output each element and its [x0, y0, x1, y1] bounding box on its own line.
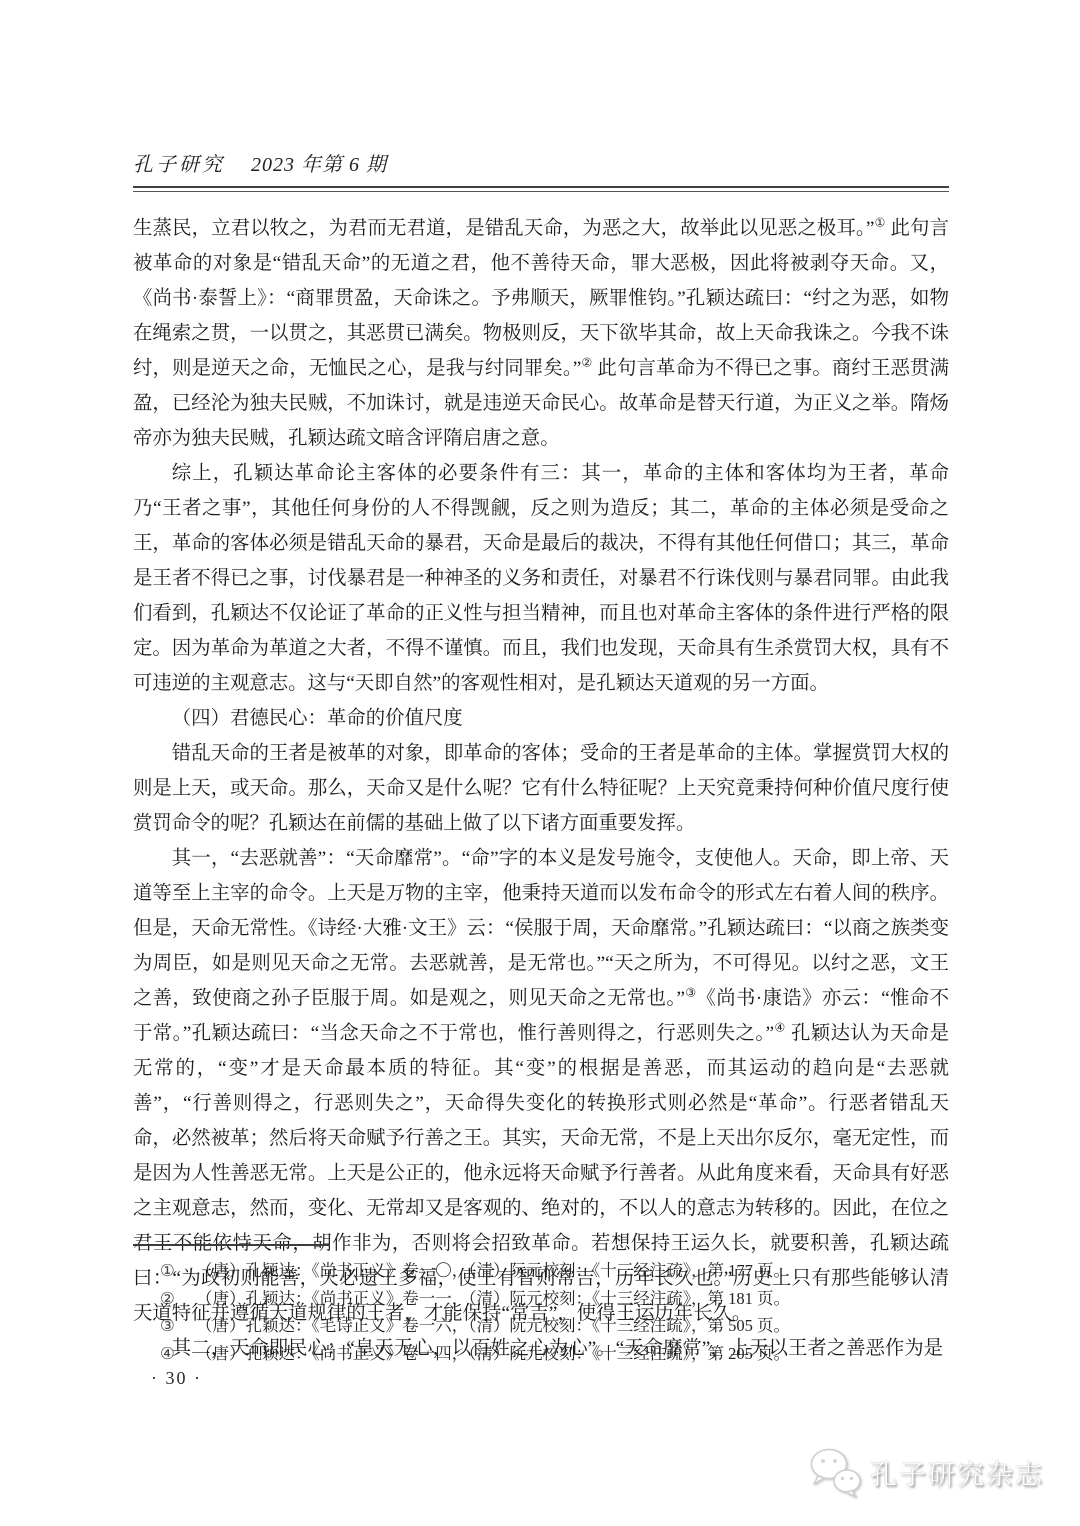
- paragraph-text: 其一，“去恶就善”：“天命靡常”。“命”字的本义是发号施令，支使他人。天命，即上…: [133, 848, 949, 1009]
- paragraph-text: （四）君德民心：革命的价值尺度: [172, 708, 463, 729]
- footnote-ref: ①: [874, 216, 885, 230]
- page-number: · 30 ·: [151, 1368, 202, 1389]
- footnote-item: ③（唐）孔颖达：《毛诗正义》卷一六，（清）阮元校刻：《十三经注疏》，第 505 …: [160, 1312, 960, 1340]
- watermark: 孔子研究杂志: [808, 1446, 1044, 1498]
- page-content: 孔子研究 2023 年第 6 期 生蒸民，立君以牧之，为君而无君道，是错乱天命，…: [133, 148, 949, 1366]
- paragraph-text: 生蒸民，立君以牧之，为君而无君道，是错乱天命，为恶之大，故举此以见恶之极耳。”: [133, 218, 874, 239]
- footnote-marker: ①: [160, 1257, 196, 1285]
- footnote-separator: [133, 1244, 330, 1246]
- watermark-label: 孔子研究杂志: [870, 1453, 1044, 1492]
- footnote-text: （唐）孔颖达：《尚书正义》卷一一，（清）阮元校刻：《十三经注疏》，第 181 页…: [196, 1285, 960, 1313]
- footnote-item: ④（唐）孔颖达：《尚书正义》卷一四，（清）阮元校刻：《十三经注疏》，第 205 …: [160, 1340, 960, 1368]
- paragraph: 综上，孔颖达革命论主客体的必要条件有三：其一，革命的主体和客体均为王者，革命乃“…: [133, 456, 949, 701]
- journal-title: 孔子研究: [133, 148, 225, 177]
- footnote-text: （唐）孔颖达：《尚书正义》卷一四，（清）阮元校刻：《十三经注疏》，第 205 页…: [196, 1340, 960, 1368]
- section-heading: （四）君德民心：革命的价值尺度: [133, 701, 949, 736]
- footnote-ref: ③: [685, 986, 697, 1000]
- page-header: 孔子研究 2023 年第 6 期: [133, 148, 949, 177]
- article-body: 生蒸民，立君以牧之，为君而无君道，是错乱天命，为恶之大，故举此以见恶之极耳。”①…: [133, 211, 949, 1366]
- footnote-marker: ③: [160, 1312, 196, 1340]
- wechat-icon: [808, 1446, 862, 1498]
- footnote-item: ②（唐）孔颖达：《尚书正义》卷一一，（清）阮元校刻：《十三经注疏》，第 181 …: [160, 1285, 960, 1313]
- paragraph: 错乱天命的王者是被革的对象，即革命的客体；受命的王者是革命的主体。掌握赏罚大权的…: [133, 736, 949, 841]
- paragraph: 生蒸民，立君以牧之，为君而无君道，是错乱天命，为恶之大，故举此以见恶之极耳。”①…: [133, 211, 949, 456]
- paragraph-text: 综上，孔颖达革命论主客体的必要条件有三：其一，革命的主体和客体均为王者，革命乃“…: [133, 463, 949, 694]
- footnote-text: （唐）孔颖达：《毛诗正义》卷一六，（清）阮元校刻：《十三经注疏》，第 505 页…: [196, 1312, 960, 1340]
- header-rule: [133, 186, 949, 192]
- footnote-text: （唐）孔颖达：《尚书正义》卷一〇，（清）阮元校刻：《十三经注疏》，第 177 页…: [196, 1257, 960, 1285]
- issue-label: 2023 年第 6 期: [251, 148, 387, 177]
- footnote-item: ①（唐）孔颖达：《尚书正义》卷一〇，（清）阮元校刻：《十三经注疏》，第 177 …: [160, 1257, 960, 1285]
- paragraph-text: 此句言被革命的对象是“错乱天命”的无道之君，他不善待天命，罪大恶极，因此将被剥夺…: [133, 218, 949, 379]
- footnotes: ①（唐）孔颖达：《尚书正义》卷一〇，（清）阮元校刻：《十三经注疏》，第 177 …: [160, 1257, 960, 1367]
- footnote-marker: ②: [160, 1285, 196, 1313]
- paragraph-text: 错乱天命的王者是被革的对象，即革命的客体；受命的王者是革命的主体。掌握赏罚大权的…: [133, 743, 949, 834]
- footnote-ref: ②: [581, 356, 592, 370]
- footnote-ref: ④: [774, 1021, 786, 1035]
- footnote-marker: ④: [160, 1340, 196, 1368]
- journal-page: 孔子研究 2023 年第 6 期 生蒸民，立君以牧之，为君而无君道，是错乱天命，…: [0, 0, 1080, 1526]
